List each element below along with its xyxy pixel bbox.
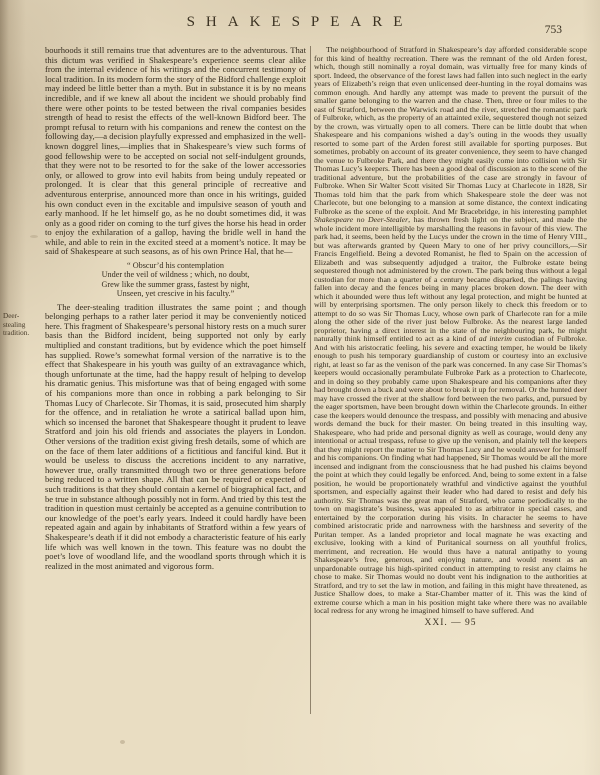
column-divider-rule xyxy=(310,46,311,714)
text-segment: The neighbourhood of Stratford in Shakes… xyxy=(314,45,587,216)
right-column: The neighbourhood of Stratford in Shakes… xyxy=(314,46,587,767)
left-column: bourhoods it still remains true that adv… xyxy=(45,46,306,767)
text-line: Under the veil of wildness ; which, no d… xyxy=(45,270,306,279)
text-line: Unseen, yet crescive in his faculty.” xyxy=(45,289,306,298)
margin-note: Deer-stealingtradition. xyxy=(3,312,43,338)
text-line: Grew like the summer grass, fastest by n… xyxy=(45,280,306,289)
text-line: Deer- xyxy=(3,312,43,321)
text-columns: bourhoods it still remains true that adv… xyxy=(45,46,587,767)
text-line: stealing xyxy=(3,321,43,330)
book-page: SHAKESPEARE 753 Deer-stealingtradition. … xyxy=(0,0,600,775)
text-line: “ Obscur’d his contemplation xyxy=(45,261,306,270)
volume-signature: XXI. — 95 xyxy=(314,619,587,628)
poem-quote: “ Obscur’d his contemplationUnder the ve… xyxy=(45,261,306,299)
paper-stain xyxy=(30,235,38,238)
text-segment: custodian of Fulbroke. And with his aris… xyxy=(314,334,587,615)
right-paragraph: The neighbourhood of Stratford in Shakes… xyxy=(314,46,587,616)
page-title: SHAKESPEARE xyxy=(0,14,600,31)
page-number: 753 xyxy=(545,24,562,36)
text-segment: , has thrown fresh light on the subject,… xyxy=(314,215,587,343)
text-line: tradition. xyxy=(3,329,43,338)
left-paragraph-1: bourhoods it still remains true that adv… xyxy=(45,46,306,257)
left-paragraph-2: The deer-stealing tradition illustrates … xyxy=(45,303,306,572)
